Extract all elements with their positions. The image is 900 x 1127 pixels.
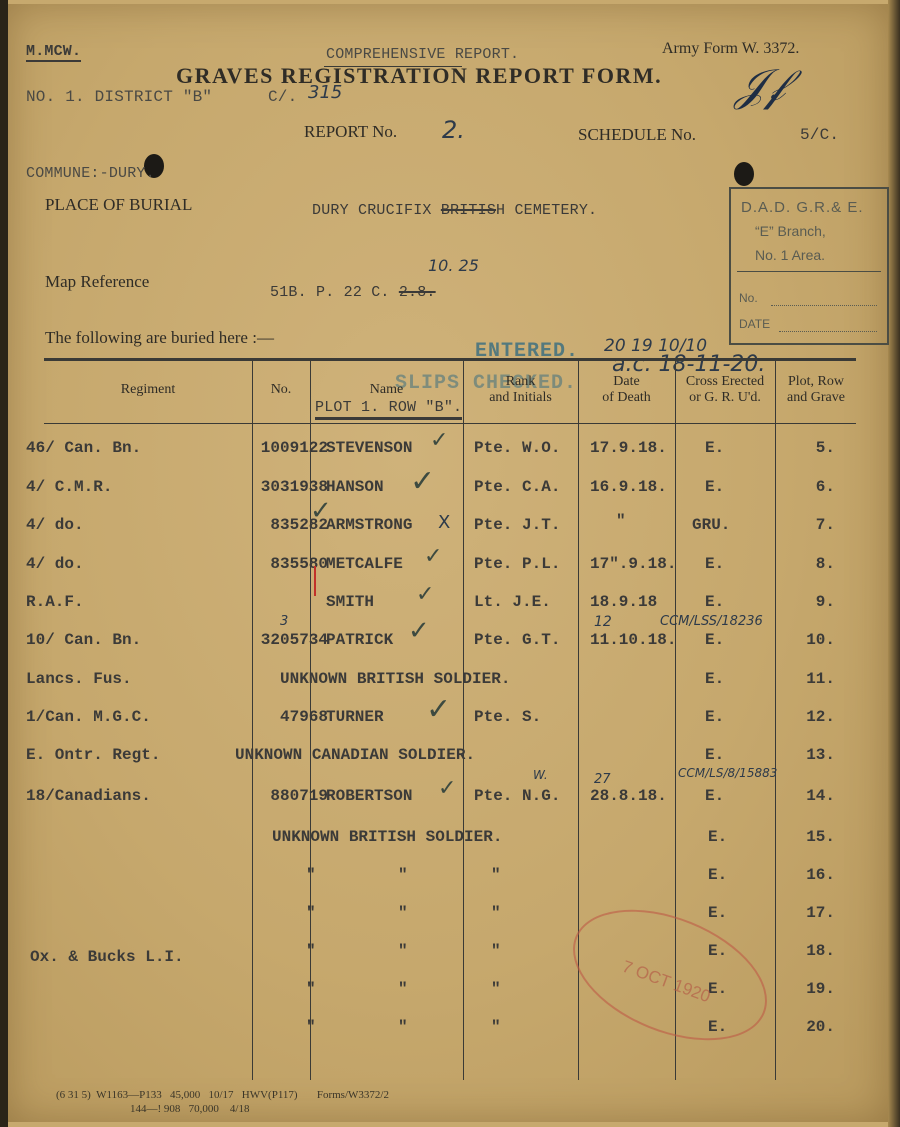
schedule-number: 5/C. [800,126,839,144]
date-correction: 27 [594,772,611,787]
row-date: 18.9.18 [590,593,657,611]
check-mark-icon: ✓ [310,496,332,526]
date-correction: 12 [594,614,612,630]
row-grave: 13. [775,746,835,764]
row-regiment: 18/Canadians. [26,787,151,805]
row-regiment: R.A.F. [26,593,84,611]
grave-registration-ref: CCM/LSS/18236 [660,614,763,629]
district-ref: C/. [268,88,297,106]
row-name: ROBERTSON [326,787,412,805]
row-number: " [306,942,316,960]
row-rank: Pte. C.A. [474,478,560,496]
stamp-date-label: DATE [739,317,770,331]
row-regiment: Ox. & Bucks L.I. [30,948,184,966]
row-number: 47968 [224,708,328,726]
row-cross: E. [708,828,727,846]
punch-hole [734,162,754,186]
form-number: Army Form W. 3372. [662,40,799,58]
row-rank: Pte. W.O. [474,439,560,457]
row-number: " [306,1018,316,1036]
check-mark-icon: ✓ [430,428,448,453]
header-regiment: Regiment [44,382,252,398]
initials-signature: 𝒥𝒻 [735,60,785,111]
row-regiment: 46/ Can. Bn. [26,439,141,457]
place-value: DURY CRUCIFIX BRITISH CEMETERY. [312,202,597,219]
row-number: " [306,904,316,922]
row-grave: 5. [775,439,835,457]
row-cross: E. [708,904,727,922]
row-rank: Pte. S. [474,708,541,726]
row-name: " [398,980,408,998]
row-cross: E. [705,555,724,573]
map-reference: 51B. P. 22 C. 2.8. [270,284,436,301]
check-mark-icon: ✓ [426,692,451,727]
row-cross: E. [705,708,724,726]
column-divider [463,360,464,1080]
office-stamp: D.A.D. G.R.& E. “E” Branch, No. 1 Area. … [729,187,889,345]
schedule-label: SCHEDULE No. [578,125,696,145]
cross-mark-icon: X [438,512,450,533]
header-no: No. [252,382,310,398]
report-number: 2. [442,116,465,144]
row-grave: 7. [775,516,835,534]
row-date: 17".9.18. [590,555,676,573]
row-name: METCALFE [326,555,403,573]
check-mark-icon: ✓ [416,582,434,607]
plot-heading: PLOT 1. ROW "B". [315,399,462,420]
row-name: UNKNOWN CANADIAN SOLDIER. [235,746,475,764]
subtitle: COMPREHENSIVE REPORT. [326,46,519,63]
row-rank: " [491,942,501,960]
row-regiment: Lancs. Fus. [26,670,132,688]
row-date: 11.10.18. [590,631,676,649]
row-grave: 6. [775,478,835,496]
row-grave: 20. [775,1018,835,1036]
stamp-no-field [771,305,877,306]
check-mark-icon: ✓ [438,776,456,801]
row-regiment: 10/ Can. Bn. [26,631,141,649]
stamp-line-3: No. 1 Area. [755,247,825,263]
commune: COMMUNE:-DURY. [26,165,155,182]
page-edge-left [0,0,8,1127]
row-cross: E. [705,478,724,496]
row-name: " [398,866,408,884]
ref-code: M.MCW. [26,44,81,62]
row-name: SMITH [326,593,374,611]
row-date: " [616,512,626,530]
district-ref-handwritten: 315 [308,82,342,103]
row-number: 3205734 [224,631,328,649]
row-regiment: E. Ontr. Regt. [26,746,160,764]
check-mark-icon: ✓ [410,464,435,499]
row-cross: E. [705,670,724,688]
row-cross: E. [705,787,724,805]
row-regiment: 1/Can. M.G.C. [26,708,151,726]
row-grave: 18. [775,942,835,960]
row-date: 16.9.18. [590,478,667,496]
initial-correction: W. [533,768,548,782]
row-grave: 17. [775,904,835,922]
stamp-line-2: “E” Branch, [755,223,826,239]
row-grave: 9. [775,593,835,611]
row-name: " [398,904,408,922]
stamp-no-label: No. [739,291,758,305]
row-rank: " [491,866,501,884]
header-rank: Rankand Initials [463,374,578,406]
page-edge-right [888,0,900,1127]
row-cross: E. [705,593,724,611]
row-number: 880719 [224,787,328,805]
form-title: GRAVES REGISTRATION REPORT FORM. [176,63,662,89]
row-date: 28.8.18. [590,787,667,805]
row-date: 17.9.18. [590,439,667,457]
row-cross: E. [705,439,724,457]
header-plot: Plot, Rowand Grave [775,374,857,406]
row-number: 3031938 [224,478,328,496]
row-name: ARMSTRONG [326,516,412,534]
map-label: Map Reference [45,272,149,292]
row-grave: 15. [775,828,835,846]
row-rank: Pte. P.L. [474,555,560,573]
row-number: " [306,980,316,998]
stamp-line-1: D.A.D. G.R.& E. [741,199,864,216]
check-mark-icon: ✓ [408,616,430,646]
row-name: TURNER [326,708,384,726]
row-name: " [398,1018,408,1036]
print-info-line-1: (6 31 5) W1163—P133 45,000 10/17 HWV(P11… [56,1089,389,1101]
row-grave: 12. [775,708,835,726]
row-regiment: 4/ C.M.R. [26,478,112,496]
row-number: 835580 [224,555,328,573]
row-number: " [306,866,316,884]
red-pencil-mark [314,566,316,596]
grave-registration-ref: CCM/LS/8/15883 [678,766,777,780]
row-regiment: 4/ do. [26,555,84,573]
table-top-rule [44,358,856,361]
row-grave: 10. [775,631,835,649]
header-name: Name [310,382,463,398]
buried-label: The following are buried here :— [45,328,274,348]
row-name: STEVENSON [326,439,412,457]
row-rank: " [491,980,501,998]
report-label: REPORT No. [304,122,397,142]
stamp-date-field [779,331,877,332]
row-name: UNKNOWN BRITISH SOLDIER. [280,670,510,688]
row-rank: Pte. J.T. [474,516,560,534]
row-cross: E. [705,631,724,649]
header-cross: Cross Erectedor G. R. U'd. [675,374,775,406]
row-regiment: 4/ do. [26,516,84,534]
row-rank: Pte. N.G. [474,787,560,805]
row-grave: 16. [775,866,835,884]
district: NO. 1. DISTRICT "B" [26,88,212,106]
row-grave: 14. [775,787,835,805]
row-cross: E. [705,746,724,764]
map-reference-handwritten: 10. 25 [428,256,479,275]
row-name: PATRICK [326,631,393,649]
row-name: " [398,942,408,960]
number-correction: 3 [280,614,288,629]
row-rank: " [491,1018,501,1036]
row-rank: Pte. G.T. [474,631,560,649]
row-name: HANSON [326,478,384,496]
header-date: Dateof Death [578,374,675,406]
row-rank: Lt. J.E. [474,593,551,611]
check-mark-icon: ✓ [424,544,442,569]
table-header-rule [44,423,856,424]
row-cross: GRU. [692,516,730,534]
place-label: PLACE OF BURIAL [45,195,192,215]
stamp-divider [737,271,881,272]
row-number: 1009122 [224,439,328,457]
row-name: UNKNOWN BRITISH SOLDIER. [272,828,502,846]
row-grave: 8. [775,555,835,573]
print-info-line-2: 144—! 908 70,000 4/18 [130,1103,249,1115]
row-grave: 11. [775,670,835,688]
row-rank: " [491,904,501,922]
row-grave: 19. [775,980,835,998]
row-cross: E. [708,866,727,884]
